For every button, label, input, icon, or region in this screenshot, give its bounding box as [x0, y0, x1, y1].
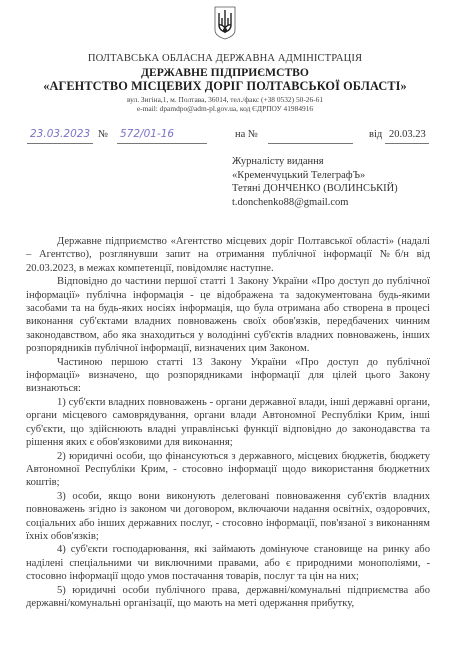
- coat-of-arms-icon: [214, 6, 236, 40]
- reply-to-label: на №: [235, 129, 258, 140]
- addressee-email: t.donchenko88@gmail.com: [232, 196, 398, 210]
- addressee-name: Тетяні ДОНЧЕНКО (ВОЛИНСЬКІЙ): [232, 182, 398, 196]
- enterprise-type: ДЕРЖАВНЕ ПІДПРИЄМСТВО: [0, 66, 450, 79]
- date-underline: [27, 143, 93, 144]
- official-letter-page: ПОЛТАВСЬКА ОБЛАСНА ДЕРЖАВНА АДМІНІСТРАЦІ…: [0, 0, 450, 660]
- from-underline: [385, 143, 429, 144]
- registration-line: 23.03.2023 № 572/01-16 на № від 20.03.23: [0, 128, 450, 148]
- enterprise-address: вул. Зигіна,1, м. Полтава, 36014, тел./ф…: [0, 95, 450, 104]
- outgoing-number: 572/01-16: [120, 128, 174, 140]
- body-paragraph: Відповідно до частини першої статті 1 За…: [26, 275, 430, 355]
- addressee-publication: «Кременчуцький ТелеграфЪ»: [232, 169, 398, 183]
- from-date: 20.03.23: [389, 129, 426, 140]
- body-paragraph: 1) суб'єкти владних повноважень - органи…: [26, 396, 430, 450]
- addressee-block: Журналісту видання «Кременчуцький Телегр…: [232, 155, 398, 209]
- number-label: №: [98, 129, 108, 140]
- enterprise-name: «АГЕНТСТВО МІСЦЕВИХ ДОРІГ ПОЛТАВСЬКОЇ ОБ…: [0, 79, 450, 94]
- administration-name: ПОЛТАВСЬКА ОБЛАСНА ДЕРЖАВНА АДМІНІСТРАЦІ…: [0, 53, 450, 64]
- from-label: від: [369, 129, 382, 140]
- body-paragraph: 4) суб'єкти господарювання, які займають…: [26, 543, 430, 583]
- body-paragraph: 5) юридичні особи публічного права, держ…: [26, 584, 430, 611]
- body-paragraph: Державне підприємство «Агентство місцеви…: [26, 235, 430, 275]
- reply-to-underline: [268, 143, 353, 144]
- letter-body: Державне підприємство «Агентство місцеви…: [26, 235, 430, 610]
- number-underline: [117, 143, 207, 144]
- addressee-position: Журналісту видання: [232, 155, 398, 169]
- enterprise-contacts: e-mail: dpamdpo@adm-pl.gov.ua, код ЄДРПО…: [0, 104, 450, 113]
- body-paragraph: Частиною першою статті 13 Закону України…: [26, 356, 430, 396]
- body-paragraph: 2) юридичні особи, що фінансуються з дер…: [26, 450, 430, 490]
- outgoing-date: 23.03.2023: [30, 128, 90, 140]
- body-paragraph: 3) особи, якщо вони виконують делеговані…: [26, 490, 430, 544]
